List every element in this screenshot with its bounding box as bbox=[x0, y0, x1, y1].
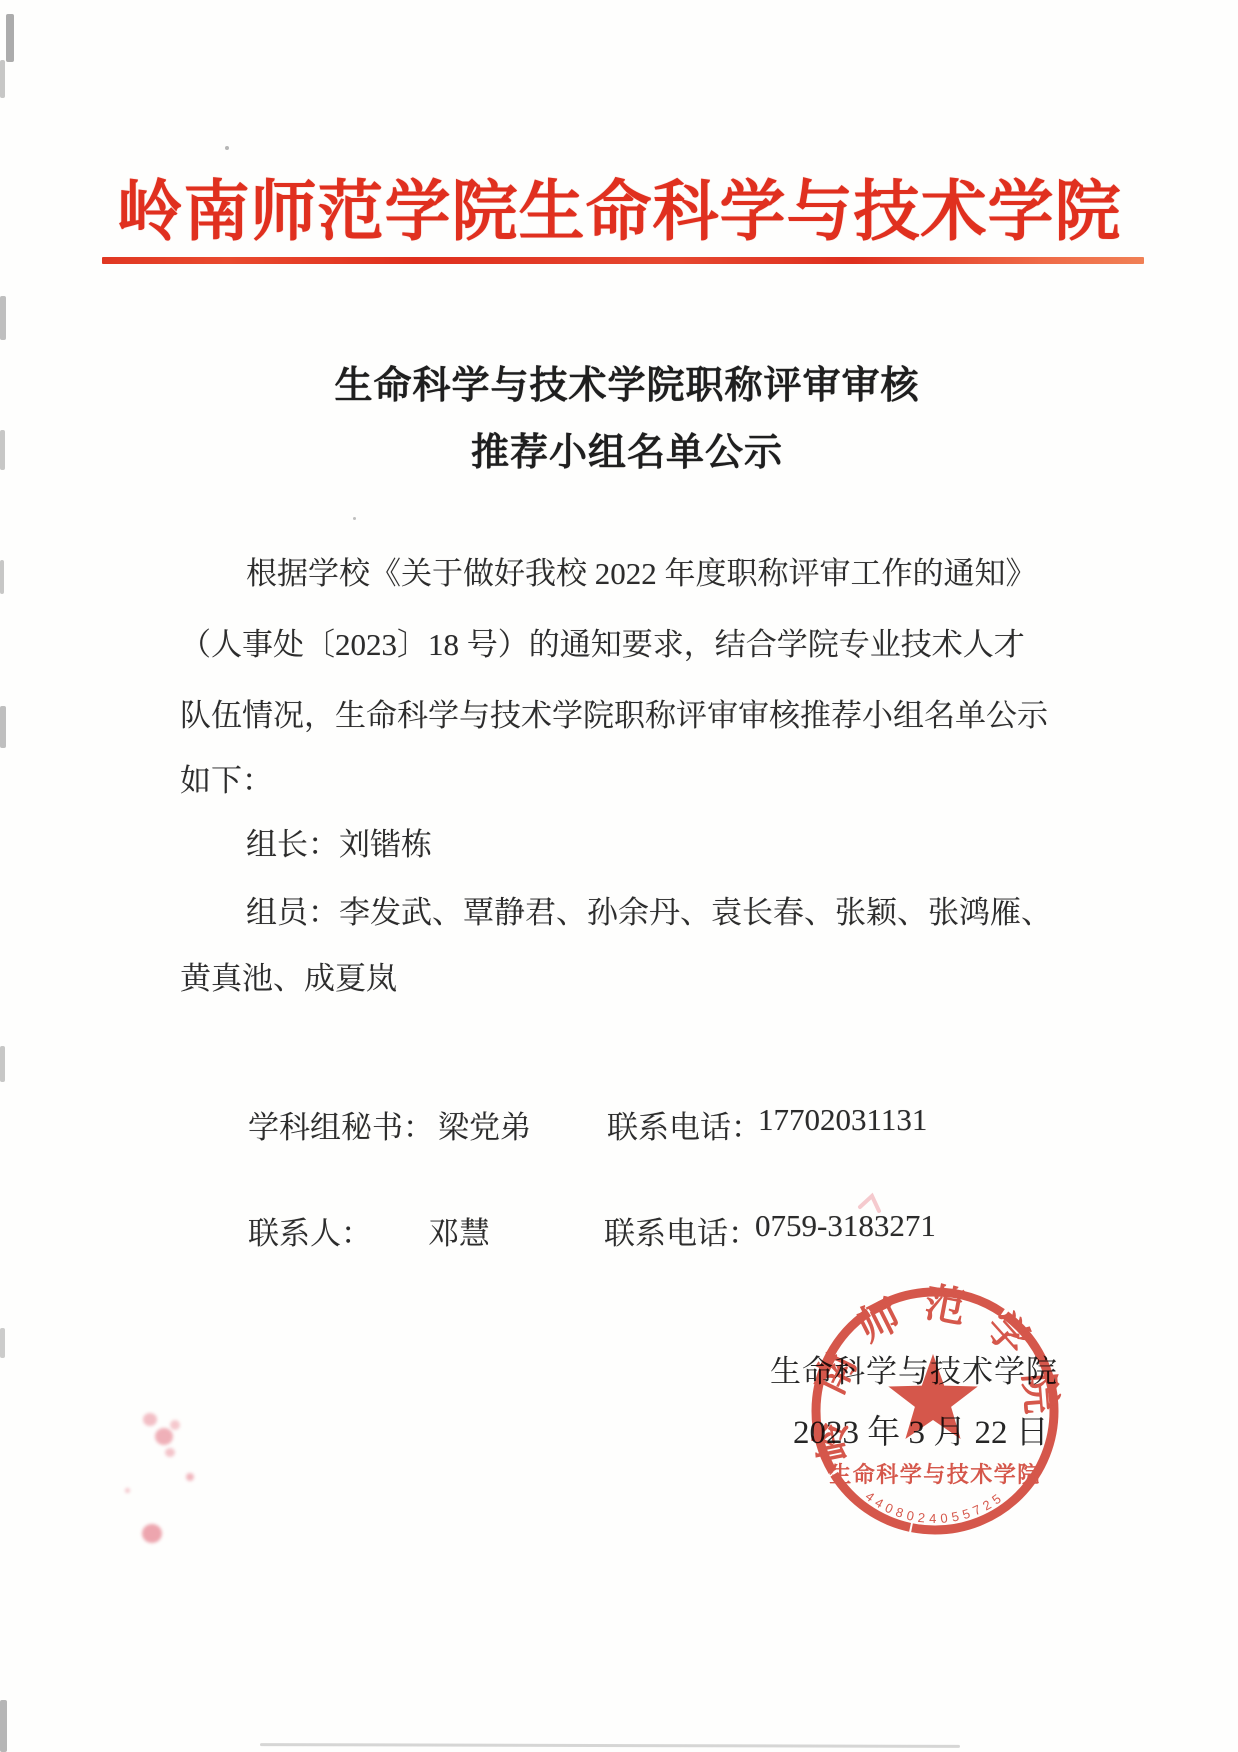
scan-artifact bbox=[0, 1700, 7, 1752]
secretary-phone-number: 17702031131 bbox=[758, 1102, 927, 1138]
scan-artifact bbox=[225, 146, 229, 150]
letterhead-title: 岭南师范学院生命科学与技术学院 bbox=[0, 158, 1238, 253]
letterhead-rule bbox=[102, 257, 1144, 264]
ink-smudge bbox=[155, 1428, 173, 1445]
leader-name: 刘锴栋 bbox=[339, 827, 432, 862]
ink-smudge bbox=[143, 1413, 157, 1426]
svg-text:4408024055725: 4408024055725 bbox=[863, 1488, 1008, 1526]
members-line-1: 组员：李发武、覃静君、孙余丹、袁长春、张颖、张鸿雁、 bbox=[180, 894, 1238, 931]
leader-label: 组长： bbox=[246, 827, 339, 862]
contact-name: 邓慧 bbox=[428, 1208, 490, 1253]
intro-line-4: 如下： bbox=[180, 762, 1180, 799]
intro-line-1: 根据学校《关于做好我校 2022 年度职称评审工作的通知》 bbox=[180, 555, 1238, 592]
scan-artifact bbox=[260, 1743, 960, 1748]
secretary-name: 梁党弟 bbox=[438, 1102, 531, 1147]
members-line-2: 黄真池、成夏岚 bbox=[180, 960, 1180, 997]
contact-line: 联系人： 邓慧 联系电话： 0759-3183271 bbox=[0, 1208, 1238, 1252]
scan-artifact bbox=[0, 296, 6, 340]
signoff-department: 生命科学与技术学院 bbox=[770, 1346, 1058, 1391]
ink-smudge bbox=[142, 1524, 162, 1543]
scan-artifact bbox=[0, 560, 4, 594]
intro-line-3: 队伍情况，生命科学与技术学院职称评审审核推荐小组名单公示 bbox=[180, 697, 1180, 734]
scan-artifact bbox=[0, 60, 5, 98]
intro-line-2: （人事处〔2023〕18 号）的通知要求，结合学院专业技术人才 bbox=[180, 626, 1180, 663]
members-label: 组员： bbox=[246, 895, 339, 930]
ink-smudge bbox=[125, 1488, 130, 1493]
seal-department-text: 生命科学与技术学院 bbox=[829, 1462, 1041, 1487]
leader-line: 组长：刘锴栋 bbox=[180, 826, 1238, 863]
document-title-line2: 推荐小组名单公示 bbox=[16, 421, 1238, 476]
scanned-document-page: 岭南师范学院生命科学与技术学院 生命科学与技术学院职称评审审核 推荐小组名单公示… bbox=[0, 0, 1238, 1752]
secretary-line: 学科组秘书： 梁党弟 联系电话： 17702031131 bbox=[0, 1102, 1238, 1146]
members-names-1: 李发武、覃静君、孙余丹、袁长春、张颖、张鸿雁、 bbox=[339, 895, 1052, 930]
seal-code: 4408024055725 bbox=[863, 1488, 1008, 1526]
scan-artifact bbox=[6, 14, 14, 62]
ink-smudge bbox=[165, 1448, 175, 1457]
scan-artifact bbox=[0, 430, 5, 470]
secretary-label: 学科组秘书： bbox=[248, 1102, 434, 1147]
scan-artifact bbox=[0, 1046, 5, 1082]
signoff-date: 2023 年 3 月 22 日 bbox=[793, 1406, 1049, 1453]
document-title-line1: 生命科学与技术学院职称评审审核 bbox=[16, 354, 1238, 409]
contact-phone-number: 0759-3183271 bbox=[755, 1208, 936, 1244]
ink-smudge bbox=[170, 1420, 180, 1430]
contact-phone-label: 联系电话： bbox=[604, 1208, 759, 1253]
ink-smudge bbox=[186, 1473, 194, 1481]
contact-label: 联系人： bbox=[248, 1208, 372, 1253]
scan-artifact bbox=[353, 517, 356, 520]
scan-artifact bbox=[0, 706, 6, 748]
secretary-phone-label: 联系电话： bbox=[607, 1102, 762, 1147]
scan-artifact bbox=[0, 1328, 5, 1358]
